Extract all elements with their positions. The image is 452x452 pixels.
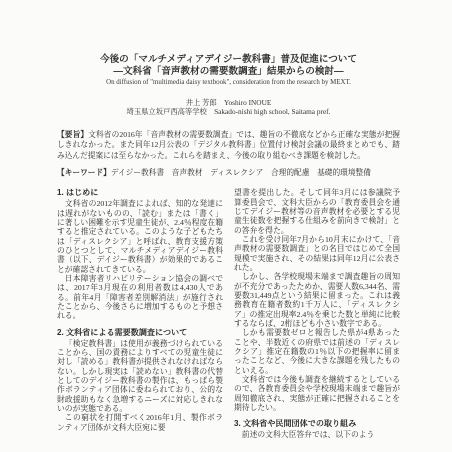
paper-title-line1: 今後の「マルチメディアデイジー教科書」普及促進について [57, 54, 400, 66]
section-2-paragraph-3: これを受け同年7月から10月末にかけて、「音声教材の需要数調査」との名目ではじめ… [234, 235, 400, 272]
section-2-paragraph-5: しかも需要数ゼロと報告した県が4県あったことや、半数近くの府県では前述の「ディス… [234, 328, 400, 375]
author-name: 井上 芳郎 Yoshiro INOUE [186, 98, 272, 107]
keywords-line: 【キーワード】デイジー教科書 音声教材 ディスレクシア 合理的配慮 基礎的環境整… [57, 168, 400, 178]
abstract-label: 【要旨】 [57, 130, 88, 139]
section-2-paragraph-2-left: この窮状を打開すべく2016年1月、製作ボランティア団体が文科大臣宛に要 [57, 413, 223, 432]
left-column: 1. はじめに 文科省の2012年調査によれば、知的な発達には遅れがないものの、… [57, 188, 223, 440]
section-1-paragraph-2: 日本障害者リハビリテーション協会の調べでは、2017年3月現在の利用者数は4,4… [57, 274, 223, 321]
section-2-paragraph-6: 文科省では今後も調査を継続するとしているので、各教育委員会や学校現場末端まで趣旨… [234, 375, 400, 412]
section-2-paragraph-1: 「検定教科書」は使用が義務づけられていることから、国の責務によりすべての児童生徒… [57, 339, 223, 414]
author-affiliation: 埼玉県立坂戸西高等学校 Sakado-nishi high school, Sa… [127, 107, 331, 116]
section-2-paragraph-4: しかし、各学校現場末端まで調査趣旨の周知が不充分であったためか、需要人数6,34… [234, 272, 400, 328]
section-1-paragraph-1: 文科省の2012年調査によれば、知的な発達には遅れがないものの、「読む」または「… [57, 199, 223, 274]
section-1-heading: 1. はじめに [57, 188, 223, 198]
two-column-body: 1. はじめに 文科省の2012年調査によれば、知的な発達には遅れがないものの、… [57, 188, 400, 440]
paper-content: 今後の「マルチメディアデイジー教科書」普及促進について ―文科省「音声教材の需要… [0, 0, 452, 440]
keywords-text: デイジー教科書 音声教材 ディスレクシア 合理的配慮 基礎的環境整備 [111, 168, 371, 177]
paper-page: 今後の「マルチメディアデイジー教科書」普及促進について ―文科省「音声教材の需要… [0, 0, 452, 452]
right-column: 望書を提出した。そして同年3月には参議院予算委員会で、文科大臣からの「教育委員会… [234, 188, 400, 440]
abstract-text: 文科省の2016年「音声教材の需要数調査」では、趣旨の不徹底などから正確な実態が… [57, 130, 400, 161]
section-3-paragraph-1: 前述の文科大臣答弁では、以下のよう [234, 430, 400, 439]
paper-title-line2: ―文科省「音声教材の需要数調査」結果からの検討― [57, 66, 400, 78]
paper-title-english: On diffusion of "multimedia daisy textbo… [57, 79, 400, 88]
abstract-paragraph: 【要旨】文科省の2016年「音声教材の需要数調査」では、趣旨の不徹底などから正確… [57, 130, 400, 163]
author-block: 井上 芳郎 Yoshiro INOUE 埼玉県立坂戸西高等学校 Sakado-n… [57, 98, 400, 117]
paper-header: 今後の「マルチメディアデイジー教科書」普及促進について ―文科省「音声教材の需要… [57, 54, 400, 117]
section-2-paragraph-2-continued: 望書を提出した。そして同年3月には参議院予算委員会で、文科大臣からの「教育委員会… [234, 188, 400, 235]
section-2-heading: 2. 文科省による需要数調査について [57, 328, 223, 338]
keywords-label: 【キーワード】 [57, 168, 111, 177]
section-3-heading: 3. 文科省や民間団体での取り組み [234, 419, 400, 429]
